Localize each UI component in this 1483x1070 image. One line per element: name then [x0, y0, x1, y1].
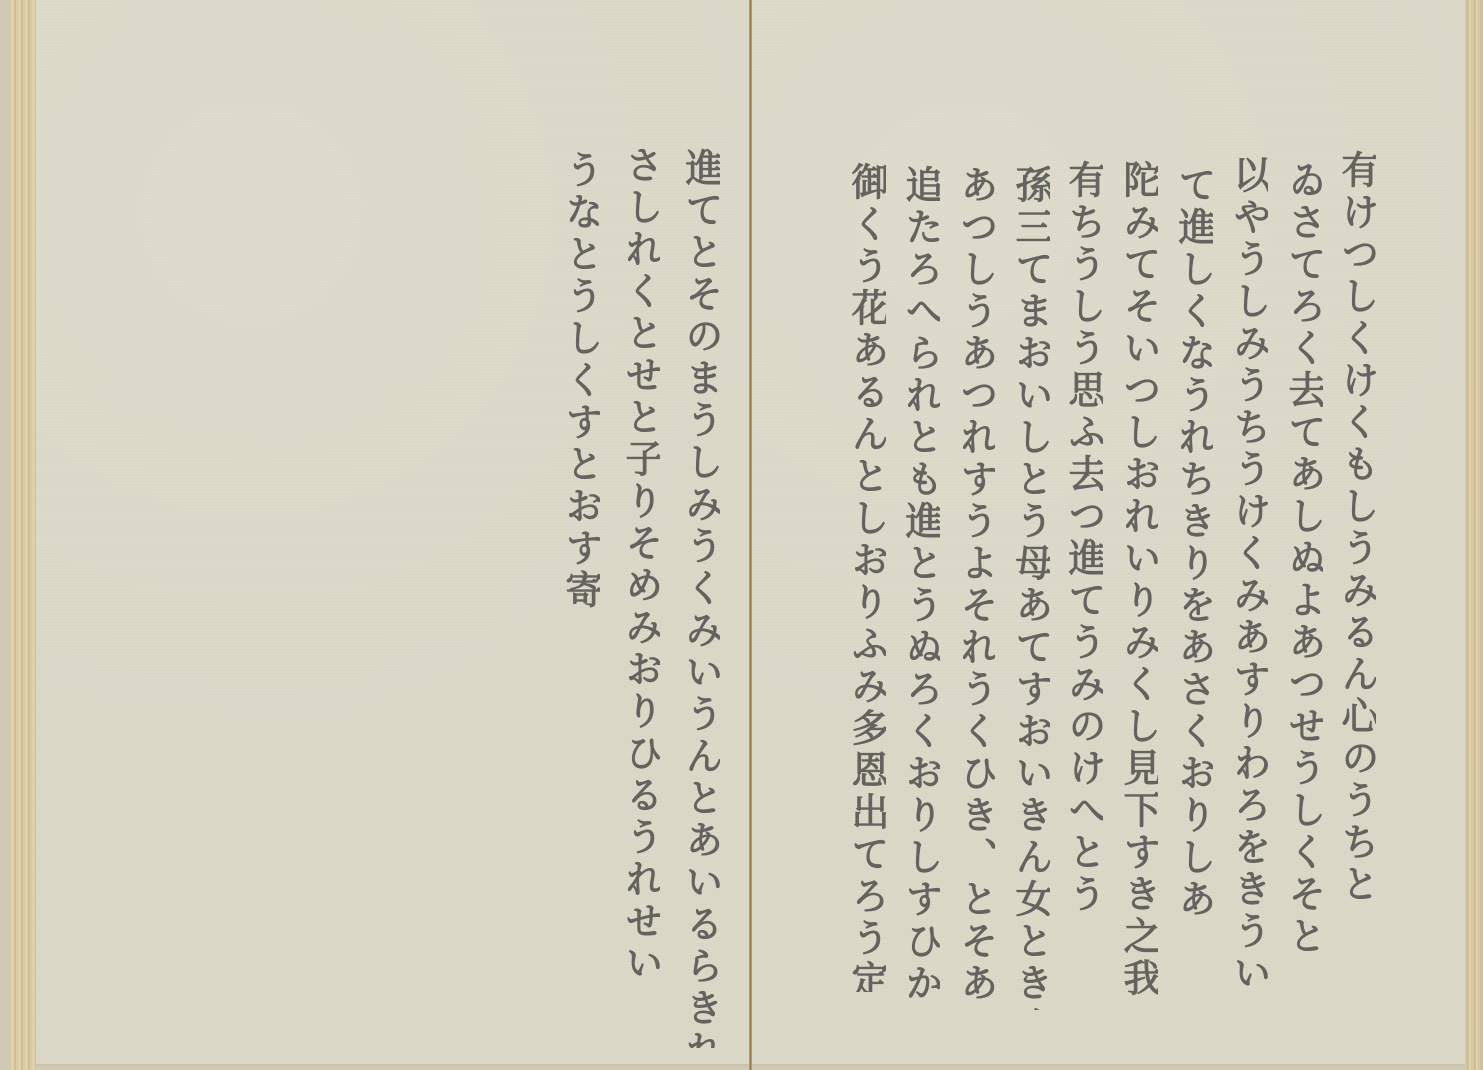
text-column: ゐさてろく去てあしぬよあつせうしくそと	[1285, 160, 1323, 1010]
text-column: 進てとそのまうしみうくみいうんとあいるらきれさ	[682, 148, 720, 1048]
text-column: あつしうあつれすうよそれうくひき、とそあ	[957, 165, 995, 1005]
text-column: 孫三てまおいしとう母あてすおいきん女ときく	[1012, 165, 1050, 1010]
text-column: 陀みてそいつしおれいりみくし見下すき之我	[1120, 160, 1158, 1010]
page-edges-left	[10, 0, 36, 1070]
text-column: さしれくとせと子りそめみおりひるうれせい	[622, 145, 660, 1015]
text-column: 有ちうしう思ふ去つ進てうみのけへとう	[1065, 160, 1103, 1010]
text-column: て進しくなうれちきりをあさくおりしあ	[1175, 165, 1213, 1005]
right-page: 有けつしくけくもしうみるん心のうちと ゐさてろく去てあしぬよあつせうしくそと 以…	[752, 0, 1465, 1066]
text-column: 追たろへられとも進とうぬろくおりしすひか	[902, 165, 940, 1000]
text-column: 有けつしくけくもしうみるん心のうちと	[1338, 150, 1376, 1010]
page-edges-right	[1465, 0, 1483, 1070]
open-book: 進てとそのまうしみうくみいうんとあいるらきれさ さしれくとせと子りそめみおりひる…	[0, 0, 1483, 1070]
text-column: うなとうしくすとおす寄	[562, 150, 600, 620]
text-column: 以やうしみうちうけくみあすりわろをきうい	[1230, 155, 1268, 1005]
text-column: 御くう花あるんとしおりふみ多恩出てろう定	[848, 162, 886, 992]
left-page: 進てとそのまうしみうくみいうんとあいるらきれさ さしれくとせと子りそめみおりひる…	[36, 0, 750, 1066]
